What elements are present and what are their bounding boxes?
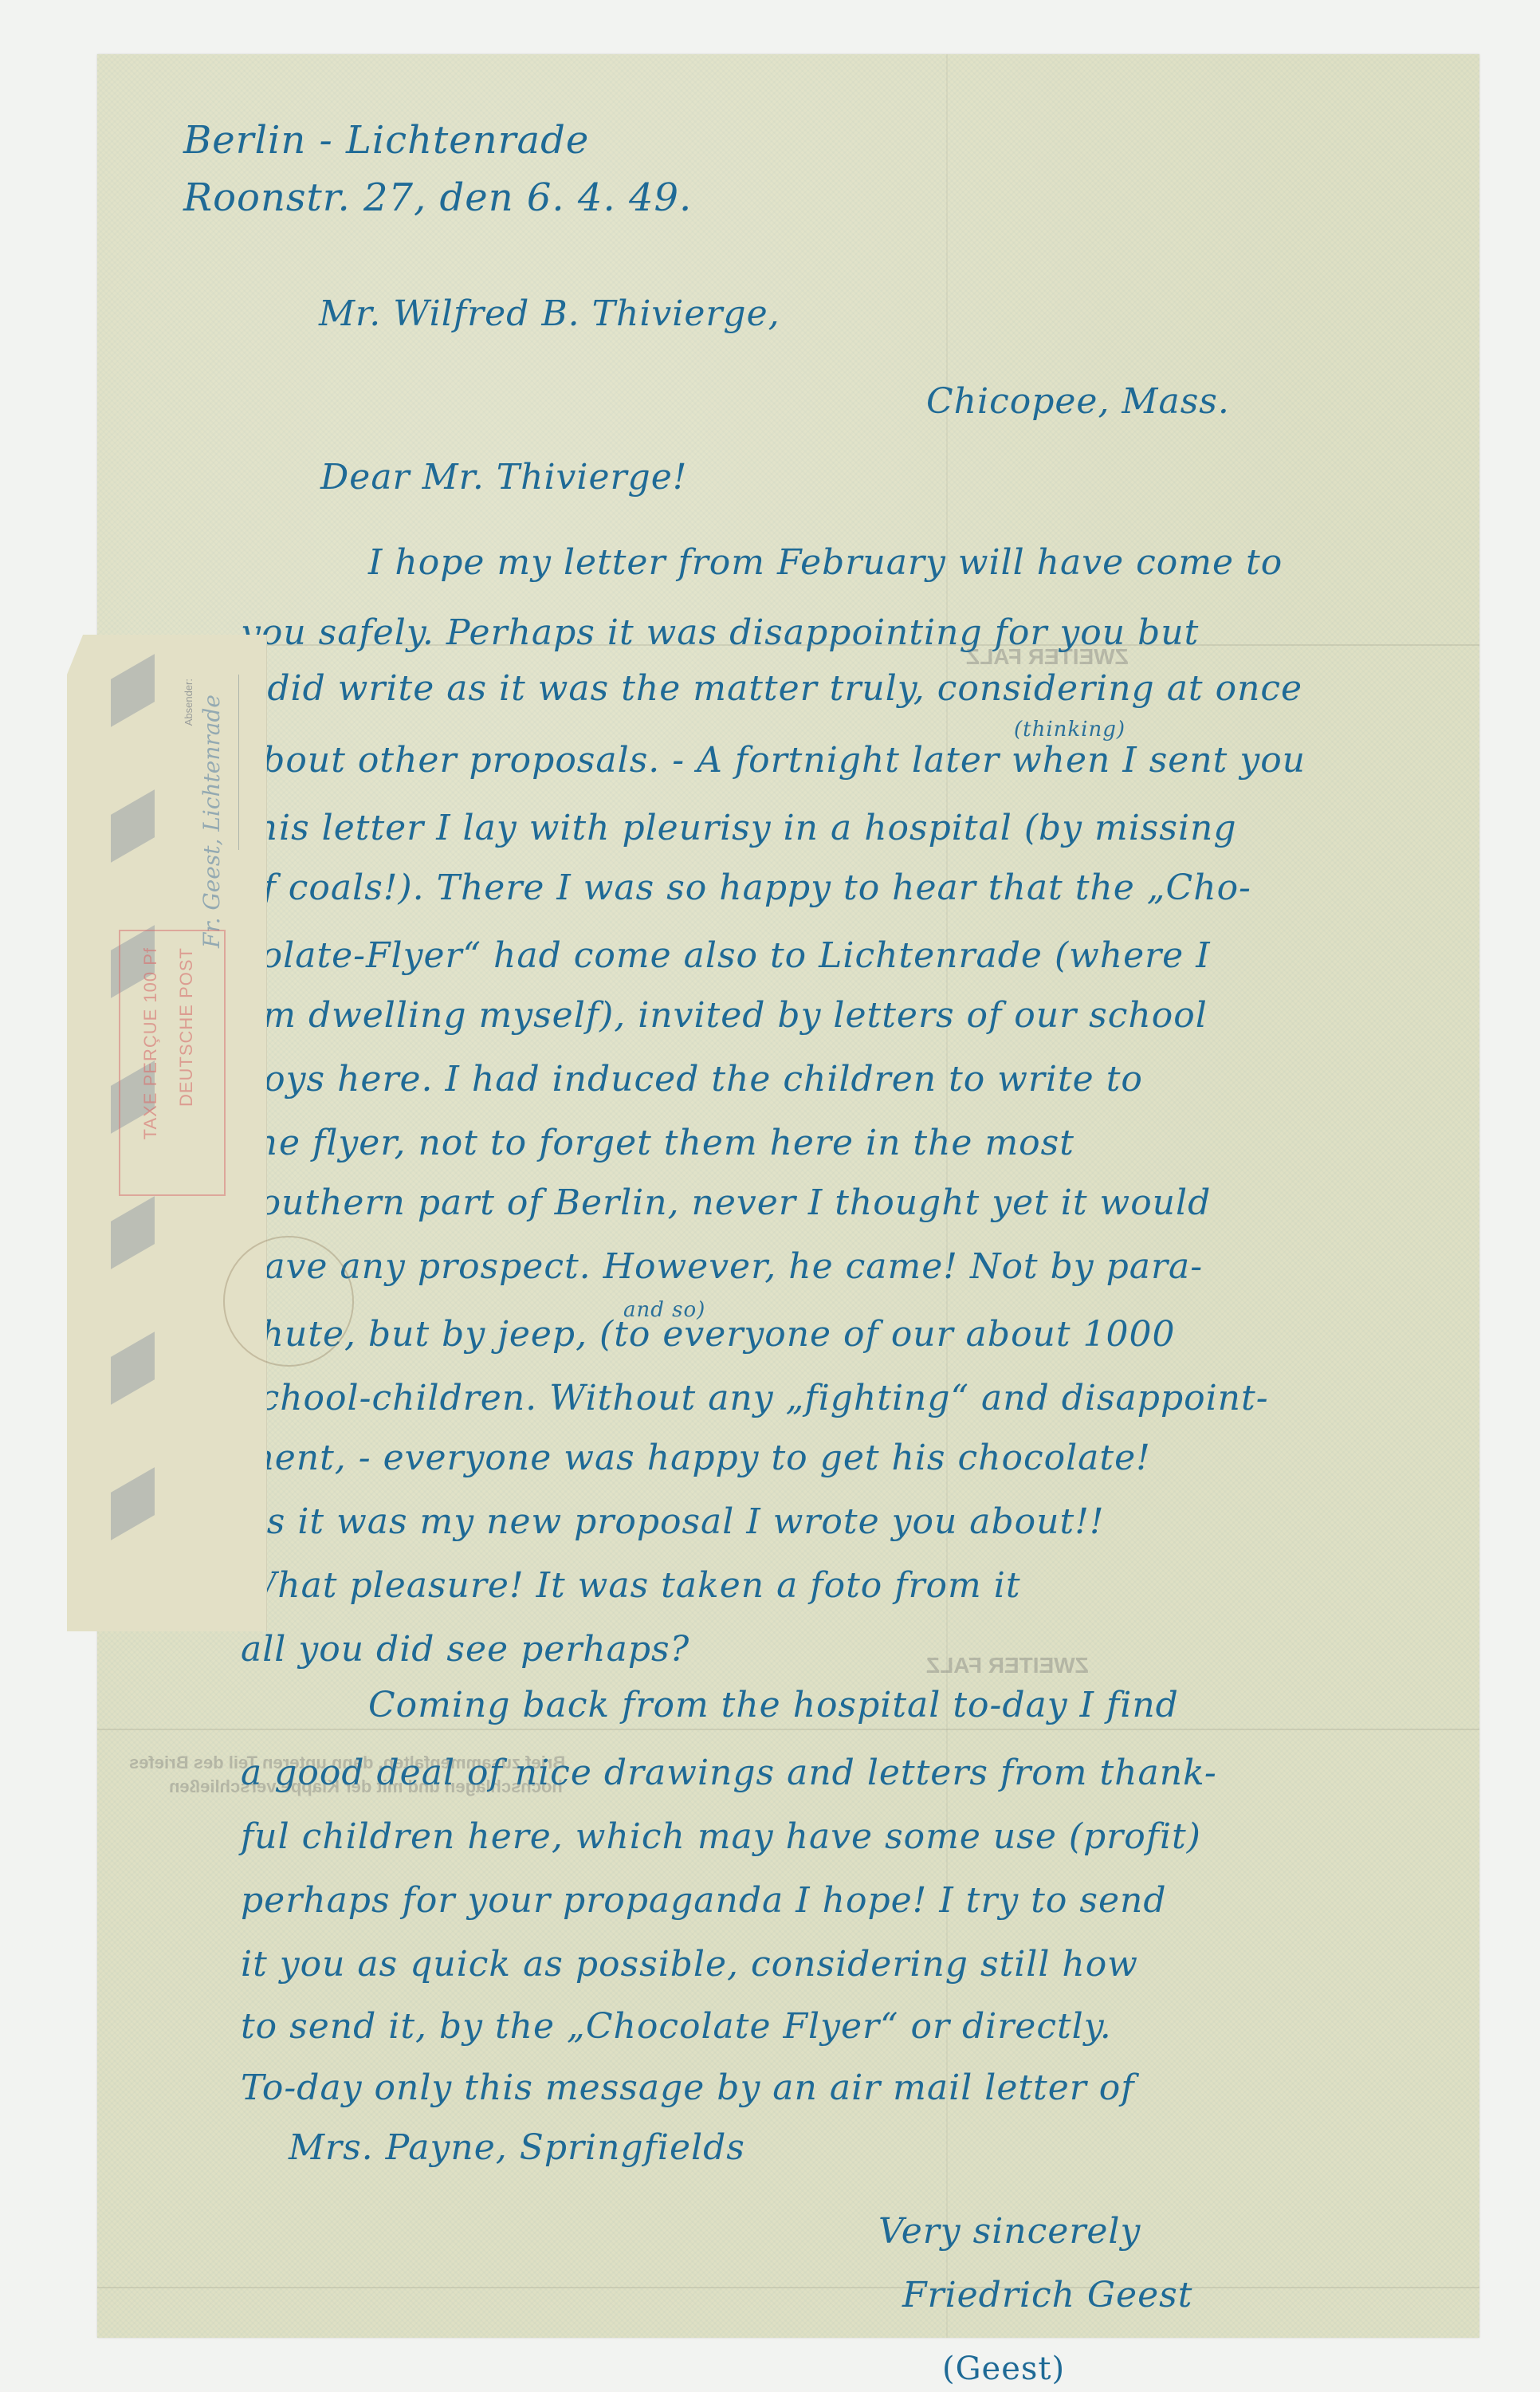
recipient-name: Mr. Wilfred B. Thivierge, — [319, 293, 780, 334]
body-line: a good deal of nice drawings and letters… — [241, 1753, 1217, 1793]
body-line: southern part of Berlin, never I thought… — [241, 1182, 1211, 1223]
recipient-city: Chicopee, Mass. — [926, 381, 1230, 422]
body-line: of coals!). There I was so happy to hear… — [241, 867, 1251, 908]
body-line: the flyer, not to forget them here in th… — [241, 1123, 1074, 1163]
body-line: school-children. Without any „fighting“ … — [241, 1378, 1269, 1418]
body-line: What pleasure! It was taken a foto from … — [241, 1565, 1021, 1606]
postage-text: DEUTSCHE POST — [176, 947, 197, 1107]
sender-label: Absender: — [183, 679, 194, 726]
airmail-chevron — [111, 789, 155, 863]
fold-line — [97, 1729, 1479, 1730]
body-line: To-day only this message by an air mail … — [241, 2067, 1135, 2108]
envelope-flap: Absender: Fr. Geest, Lichtenrade DEUTSCH… — [67, 635, 267, 1631]
interlinear-note: (thinking) — [1014, 718, 1126, 742]
body-line: about other proposals. - A fortnight lat… — [241, 740, 1306, 781]
salutation: Dear Mr. Thivierge! — [320, 457, 687, 498]
body-line: this letter I lay with pleurisy in a hos… — [241, 808, 1237, 848]
postage-meter-stamp: DEUTSCHE POST TAXE PERÇUE 100 Pf — [119, 930, 226, 1196]
signature-print: (Geest) — [942, 2351, 1065, 2387]
fold-line — [97, 2287, 1479, 2288]
body-line: to send it, by the „Chocolate Flyer“ or … — [241, 2006, 1112, 2047]
postmark-circle — [223, 1236, 354, 1367]
body-line: all you did see perhaps? — [241, 1629, 689, 1670]
body-line: it you as quick as possible, considering… — [241, 1944, 1138, 1985]
body-line: I did write as it was the matter truly, … — [241, 668, 1302, 709]
letter-sheet: ZWEITER FALZ ZWEITER FALZ Brief zusammen… — [97, 54, 1479, 2338]
body-line: Coming back from the hospital to-day I f… — [368, 1685, 1179, 1725]
body-line: boys here. I had induced the children to… — [241, 1059, 1143, 1100]
airmail-chevron — [111, 654, 155, 727]
closing: Very sincerely — [878, 2211, 1141, 2252]
body-line: chute, but by jeep, (to everyone of our … — [241, 1314, 1176, 1355]
body-line: I hope my letter from February will have… — [368, 542, 1283, 583]
airmail-chevron — [111, 1332, 155, 1405]
sender-handwriting: Fr. Geest, Lichtenrade — [198, 694, 225, 948]
body-line: am dwelling myself), invited by letters … — [241, 995, 1208, 1036]
body-line: have any prospect. However, he came! Not… — [241, 1246, 1203, 1287]
signature: Friedrich Geest — [902, 2275, 1192, 2315]
sender-line — [238, 675, 239, 850]
sender-address-date: Roonstr. 27, den 6. 4. 49. — [183, 175, 692, 220]
airmail-chevron — [111, 1196, 155, 1269]
body-line: perhaps for your propaganda I hope! I tr… — [241, 1880, 1167, 1921]
body-line: Mrs. Payne, Springfields — [289, 2127, 745, 2168]
body-line: ful children here, which may have some u… — [241, 1816, 1201, 1857]
postage-text: TAXE PERÇUE 100 Pf — [140, 947, 161, 1139]
airmail-chevron — [111, 1467, 155, 1540]
body-line: As it was my new proposal I wrote you ab… — [241, 1501, 1105, 1542]
show-through-print: ZWEITER FALZ — [926, 1653, 1089, 1678]
body-line: colate-Flyer“ had come also to Lichtenra… — [241, 935, 1211, 976]
body-line: you safely. Perhaps it was disappointing… — [241, 612, 1199, 653]
sender-place: Berlin - Lichtenrade — [183, 118, 589, 163]
body-line: ment, - everyone was happy to get his ch… — [241, 1438, 1151, 1478]
